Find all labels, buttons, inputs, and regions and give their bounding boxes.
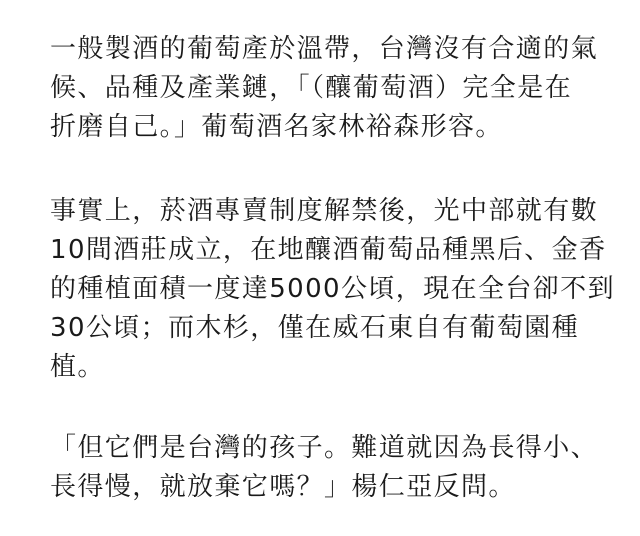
text-line: 植。 [50,348,615,387]
text-line: 30公頃；而木杉，僅在威石東自有葡萄園種 [50,309,615,348]
paragraph-3: 「但它們是台灣的孩子。難道就因為長得小、 長得慢，就放棄它嗎？」楊仁亞反問。 [50,429,598,507]
text-line: 折磨自己。」葡萄酒名家林裕森形容。 [50,108,598,147]
text-line: 事實上，菸酒專賣制度解禁後，光中部就有數 [50,192,615,231]
text-line: 候、品種及產業鏈，「（釀葡萄酒）完全是在 [50,69,598,108]
text-line: 10間酒莊成立，在地釀酒葡萄品種黑后、金香 [50,231,615,270]
text-line: 長得慢，就放棄它嗎？」楊仁亞反問。 [50,468,598,507]
paragraph-2: 事實上，菸酒專賣制度解禁後，光中部就有數 10間酒莊成立，在地釀酒葡萄品種黑后、… [50,192,615,387]
text-line: 一般製酒的葡萄產於溫帶，台灣沒有合適的氣 [50,30,598,69]
paragraph-1: 一般製酒的葡萄產於溫帶，台灣沒有合適的氣 候、品種及產業鏈，「（釀葡萄酒）完全是… [50,30,598,147]
text-line: 「但它們是台灣的孩子。難道就因為長得小、 [50,429,598,468]
text-line: 的種植面積一度達5000公頃，現在全台卻不到 [50,270,615,309]
